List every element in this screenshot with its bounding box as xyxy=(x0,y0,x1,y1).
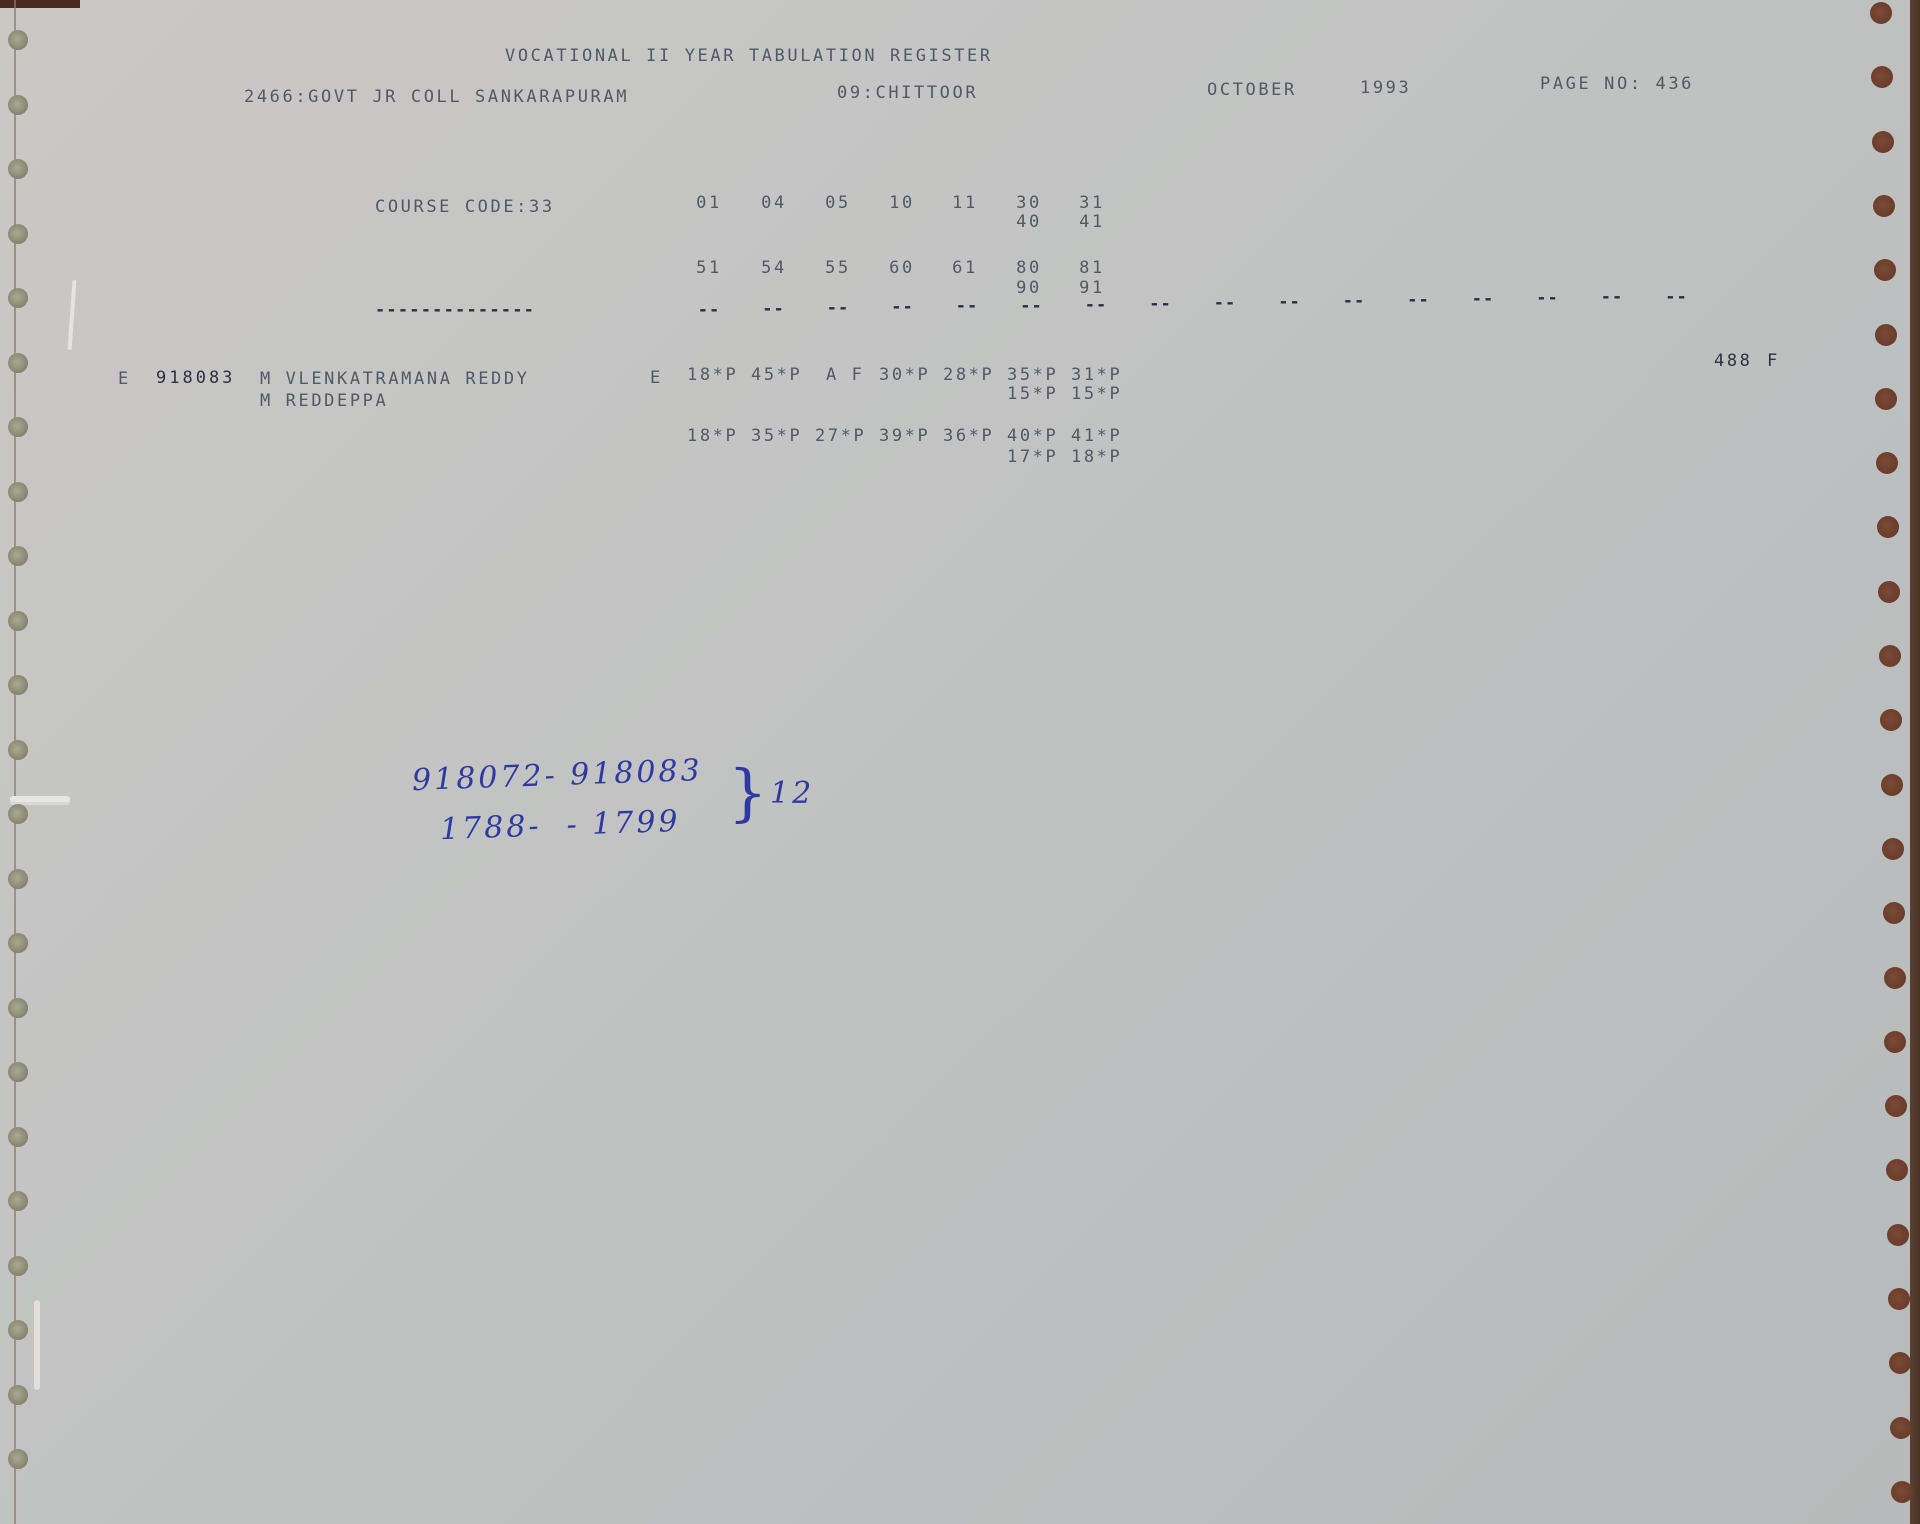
tractor-feed-hole xyxy=(1889,1352,1911,1374)
tractor-feed-hole xyxy=(1870,2,1892,24)
tractor-feed-hole xyxy=(1880,709,1902,731)
binding-hole xyxy=(8,546,28,566)
tractor-feed-hole xyxy=(1891,1481,1913,1503)
tractor-feed-hole xyxy=(1871,66,1893,88)
tractor-feed-hole xyxy=(1890,1417,1912,1439)
cell: 41 xyxy=(1079,214,1105,231)
hall-ticket-number: 918083 xyxy=(156,370,235,387)
tractor-feed-hole xyxy=(1875,324,1897,346)
tractor-feed-hole xyxy=(1875,388,1897,410)
cell: 18*P xyxy=(687,428,738,445)
cell: 80 xyxy=(1016,260,1042,277)
binding-hole xyxy=(8,224,28,244)
binding-hole xyxy=(8,740,28,760)
cell: 35*P xyxy=(751,428,802,445)
page-number: PAGE NO: 436 xyxy=(1540,76,1694,93)
cell: 36*P xyxy=(943,428,994,445)
cell: -- xyxy=(1472,291,1494,308)
register-title: VOCATIONAL II YEAR TABULATION REGISTER xyxy=(505,48,993,65)
cell: 31*P xyxy=(1071,367,1122,384)
cell: 51 xyxy=(696,260,722,277)
binding-hole xyxy=(8,1385,28,1405)
college-name: 2466:GOVT JR COLL SANKARAPURAM xyxy=(244,89,629,106)
tabulation-register-page: VOCATIONAL II YEAR TABULATION REGISTER 2… xyxy=(0,0,1920,1524)
tractor-feed-hole xyxy=(1886,1159,1908,1181)
cell: 39*P xyxy=(879,428,930,445)
binding-hole xyxy=(8,353,28,373)
tractor-feed-hole xyxy=(1877,516,1899,538)
cell: -- xyxy=(1601,289,1623,306)
binding-hole xyxy=(8,1127,28,1147)
cell: 45*P xyxy=(751,367,802,384)
cell: 41*P xyxy=(1071,428,1122,445)
binding-hole xyxy=(8,804,28,824)
binding-hole xyxy=(8,417,28,437)
tractor-feed-hole xyxy=(1879,645,1901,667)
cell: -- xyxy=(1407,292,1429,309)
cell: -- xyxy=(1278,294,1300,311)
binding-hole xyxy=(8,288,28,308)
tractor-feed-hole xyxy=(1884,1031,1906,1053)
cell: 18*P xyxy=(1071,449,1122,466)
cell: 28*P xyxy=(943,367,994,384)
cell: -- xyxy=(1536,290,1558,307)
cell: 40 xyxy=(1016,214,1042,231)
cell: 54 xyxy=(761,260,787,277)
handwritten-hallticket-range: 918072- 918083 xyxy=(411,753,703,798)
cell: 90 xyxy=(1016,280,1042,297)
cell: 40*P xyxy=(1007,428,1058,445)
cell: -- xyxy=(891,299,913,316)
cell: 61 xyxy=(952,260,978,277)
course-code-label: COURSE CODE:33 xyxy=(375,199,555,216)
cell: -- xyxy=(698,302,720,319)
exam-year: 1993 xyxy=(1360,80,1411,97)
tractor-feed-hole xyxy=(1872,131,1894,153)
handwritten-count: 12 xyxy=(770,776,814,811)
cell: -- xyxy=(1665,289,1687,306)
binding-tie xyxy=(10,796,70,802)
cell: -- xyxy=(1085,297,1107,314)
cell: -- xyxy=(1214,295,1236,312)
binding-hole xyxy=(8,675,28,695)
cell: -- xyxy=(1343,293,1365,310)
binding-hole xyxy=(8,998,28,1018)
binding-hole xyxy=(8,1449,28,1469)
tractor-feed-hole xyxy=(1881,774,1903,796)
handwritten-brace: } xyxy=(728,762,767,824)
binding-hole xyxy=(8,1062,28,1082)
cell: 15*P xyxy=(1007,386,1058,403)
cell: 31 xyxy=(1079,195,1105,212)
paper-tear xyxy=(68,280,77,350)
tractor-feed-hole xyxy=(1882,838,1904,860)
binding-hole xyxy=(8,30,28,50)
cell: 81 xyxy=(1079,260,1105,277)
exam-month: OCTOBER xyxy=(1207,82,1297,99)
student-name: M VLENKATRAMANA REDDY xyxy=(260,371,530,388)
binding-hole xyxy=(8,1320,28,1340)
paper-tear xyxy=(34,1300,40,1390)
cell: 30 xyxy=(1016,195,1042,212)
student-category: E xyxy=(118,371,131,388)
parent-name: M REDDEPPA xyxy=(260,393,388,410)
handwritten-serial-range: 1788- - 1799 xyxy=(439,804,681,847)
binding-hole xyxy=(8,1191,28,1211)
tractor-feed-hole xyxy=(1873,195,1895,217)
tractor-feed-hole xyxy=(1884,967,1906,989)
course-code-underline: -------------- xyxy=(375,302,535,319)
medium-code: E xyxy=(650,370,663,387)
cell: 04 xyxy=(761,195,787,212)
cell: 60 xyxy=(889,260,915,277)
cell: 11 xyxy=(952,195,978,212)
cell: 05 xyxy=(825,195,851,212)
cell: A F xyxy=(826,367,865,384)
cell: 15*P xyxy=(1071,386,1122,403)
tractor-feed-hole xyxy=(1874,259,1896,281)
cell: 01 xyxy=(696,195,722,212)
tractor-feed-hole xyxy=(1888,1288,1910,1310)
cell: -- xyxy=(762,301,784,318)
binding-hole xyxy=(8,159,28,179)
binding-hole xyxy=(8,869,28,889)
tractor-feed-hole xyxy=(1885,1095,1907,1117)
binding-hole xyxy=(8,611,28,631)
binding-hole xyxy=(8,1256,28,1276)
cell: -- xyxy=(1149,296,1171,313)
district-name: 09:CHITTOOR xyxy=(837,85,978,102)
tractor-feed-hole xyxy=(1878,581,1900,603)
binding-hole xyxy=(8,933,28,953)
tractor-feed-hole xyxy=(1876,452,1898,474)
tractor-feed-hole xyxy=(1883,902,1905,924)
binding-hole xyxy=(8,482,28,502)
paper-right-edge xyxy=(1910,0,1920,1524)
cell: 27*P xyxy=(815,428,866,445)
binding-hole xyxy=(8,95,28,115)
cell: 17*P xyxy=(1007,449,1058,466)
total-marks: 488 xyxy=(1714,353,1753,370)
cell: 30*P xyxy=(879,367,930,384)
cell: -- xyxy=(1020,298,1042,315)
paper-top-edge xyxy=(0,0,80,8)
result-status: F xyxy=(1767,353,1780,370)
cell: 18*P xyxy=(687,367,738,384)
cell: -- xyxy=(956,298,978,315)
cell: 35*P xyxy=(1007,367,1058,384)
tractor-feed-hole xyxy=(1887,1224,1909,1246)
cell: -- xyxy=(827,300,849,317)
cell: 55 xyxy=(825,260,851,277)
cell: 10 xyxy=(889,195,915,212)
